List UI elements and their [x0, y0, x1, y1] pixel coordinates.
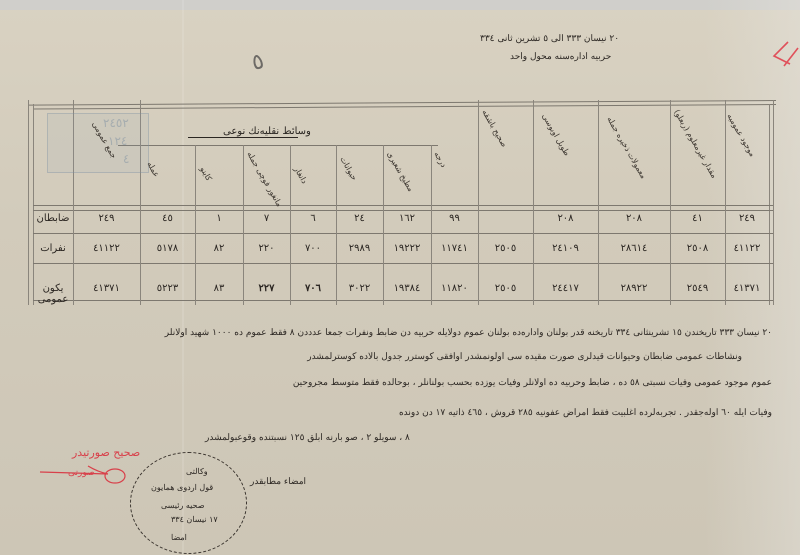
- header-line-1: ٢٠ نيسان ٣٣٣ الى ٥ تشرين ثانى ٣٣٤: [480, 34, 619, 44]
- header-line-2: حربيه ادارەسنه محول واحد: [510, 52, 611, 62]
- group-header-label: وسائط نقليه‌نك نوعى: [223, 126, 311, 137]
- table-cell: ٧٠٦: [290, 283, 336, 294]
- column-header: مانغور فوچى جمله: [245, 150, 284, 208]
- table-cell: ٢٢٠: [243, 243, 290, 254]
- column-header: موجود عموميه: [725, 112, 757, 158]
- table-cell: ٢٥٠٥: [478, 283, 533, 294]
- seal-text: قول اردوى همايون: [151, 483, 213, 492]
- row-line-3: [33, 300, 773, 301]
- page-number: ٥: [249, 49, 267, 76]
- group-header-divider: [118, 145, 438, 146]
- table-cell: ٤٥: [140, 213, 195, 224]
- col-line: [598, 100, 599, 305]
- column-header: حيوانات: [338, 155, 359, 182]
- col-line: [336, 145, 337, 305]
- column-header: دانغار: [292, 165, 309, 185]
- row-label: ضابطان: [33, 213, 73, 224]
- paragraph-2: عموم موجود عمومى وفيات نسبتى ٥٨ ده ، ضاب…: [293, 378, 772, 388]
- seal-text: ١٧ نيسان ٣٣٤: [171, 515, 218, 524]
- row-line-2: [33, 263, 773, 264]
- seal-text: امضا: [171, 533, 187, 542]
- col-line: [290, 145, 291, 305]
- table-cell: ٩٩: [431, 213, 478, 224]
- table-cell: ١٩٢٢٢: [383, 243, 431, 254]
- row-label: نفرات: [33, 243, 73, 254]
- table-cell: ١١٧٤١: [431, 243, 478, 254]
- table-cell: ١١٨٢٠: [431, 283, 478, 294]
- column-header: عمله: [145, 160, 161, 179]
- table-cell: ٨٣: [195, 283, 243, 294]
- red-annotation-top: صحيح صورتيدر: [72, 446, 140, 459]
- group-header-underline: [188, 137, 298, 138]
- table-cell: ٤١٣٧١: [73, 283, 140, 294]
- col-line: [478, 100, 479, 305]
- paragraph-3: ٨ ، سويلو ٢ ، صو بارنه ابلق ١٢٥ نسبتنده …: [205, 433, 410, 443]
- table-cell: ١: [195, 213, 243, 224]
- table-cell: ٢٤٩: [725, 213, 769, 224]
- row-label: يكون عمومى: [33, 283, 73, 305]
- table-cell: ٥١٧٨: [140, 243, 195, 254]
- table-cell: ٢٠٨: [598, 213, 670, 224]
- col-line: [431, 145, 432, 305]
- faded-stamp-text: ٤: [123, 152, 129, 166]
- paragraph-2-continued: وفيات ايله ٦٠ اوله‌جقدر . تجربه‌لرده اغل…: [399, 408, 772, 418]
- table-cell: ٤١١٢٢: [725, 243, 769, 254]
- header-bottom-line: [33, 205, 773, 206]
- scan-top-strip: [0, 0, 800, 10]
- column-header: معمولات ذخيره جمله: [605, 115, 648, 180]
- column-header: مطبخ شعيرى: [385, 150, 415, 193]
- table-cell: ٢٤٤١٧: [533, 283, 598, 294]
- table-cell: ٢٤: [336, 213, 383, 224]
- table-cell: ٧: [243, 213, 290, 224]
- table-cell: ٢٤٩: [73, 213, 140, 224]
- table-cell: ٤١: [670, 213, 725, 224]
- paragraph-1-continued: ونشاطات عمومى ضابطان وحيوانات قيدلرى صور…: [307, 352, 742, 362]
- table-cell: ٤١١٢٢: [73, 243, 140, 254]
- table-cell: ٢٨٩٢٢: [598, 283, 670, 294]
- seal-text: وكالتى: [186, 467, 208, 476]
- table-right-border: [773, 100, 774, 305]
- red-annotation-bottom: صورتى: [68, 468, 95, 478]
- red-x-mark-icon: [770, 40, 800, 70]
- table-cell: ٥٢٢٣: [140, 283, 195, 294]
- statistics-table: وسائط نقليه‌نك نوعى ٢٤٥٢ ١٢٤ ٤ موجود عمو…: [28, 100, 776, 305]
- seal-text: صحيه رئيسى: [161, 501, 205, 510]
- signature-label: امضاء مطابقدر: [250, 477, 306, 487]
- table-cell: ٢٠٨: [533, 213, 598, 224]
- column-header: مقدار غيرمعلوم (ربعلو): [672, 108, 719, 180]
- row-line-1: [33, 233, 773, 234]
- table-cell: ٢٨٦١٤: [598, 243, 670, 254]
- col-line: [243, 145, 244, 305]
- col-line: [670, 100, 671, 305]
- table-cell: ٧٠٠: [290, 243, 336, 254]
- table-cell: ٢٥٤٩: [670, 283, 725, 294]
- table-cell: ٣٠٢٢: [336, 283, 383, 294]
- col-line: [725, 100, 726, 305]
- table-cell: ٢٢٧: [243, 283, 290, 294]
- table-cell: ٢٥٠٨: [670, 243, 725, 254]
- table-cell: ١٩٣٨٤: [383, 283, 431, 294]
- col-line: [383, 145, 384, 305]
- table-cell: ٦: [290, 213, 336, 224]
- column-header: طويل اوبوسى: [540, 112, 571, 157]
- col-line: [533, 100, 534, 305]
- column-header: صحيح باشقه: [480, 108, 509, 149]
- official-seal: وكالتى قول اردوى همايون صحيه رئيسى ١٧ ني…: [130, 452, 247, 554]
- table-left-border: [28, 100, 29, 305]
- table-cell: ٤١٣٧١: [725, 283, 769, 294]
- col-line: [195, 145, 196, 305]
- paragraph-1: ٢٠ نيسان ٣٣٣ تاريخندن ١٥ تشرينثانى ٣٣٤ ت…: [165, 328, 772, 338]
- table-cell: ٢٥٠٥: [478, 243, 533, 254]
- table-cell: ١٦٢: [383, 213, 431, 224]
- table-cell: ٢٩٨٩: [336, 243, 383, 254]
- header-bottom-line-2: [33, 210, 773, 211]
- column-header: كاينو: [198, 165, 213, 183]
- column-header: درجه: [432, 150, 448, 169]
- faded-stamp-text: ٢٤٥٢: [103, 116, 129, 130]
- table-cell: ٨٢: [195, 243, 243, 254]
- table-cell: ٢٤١٠٩: [533, 243, 598, 254]
